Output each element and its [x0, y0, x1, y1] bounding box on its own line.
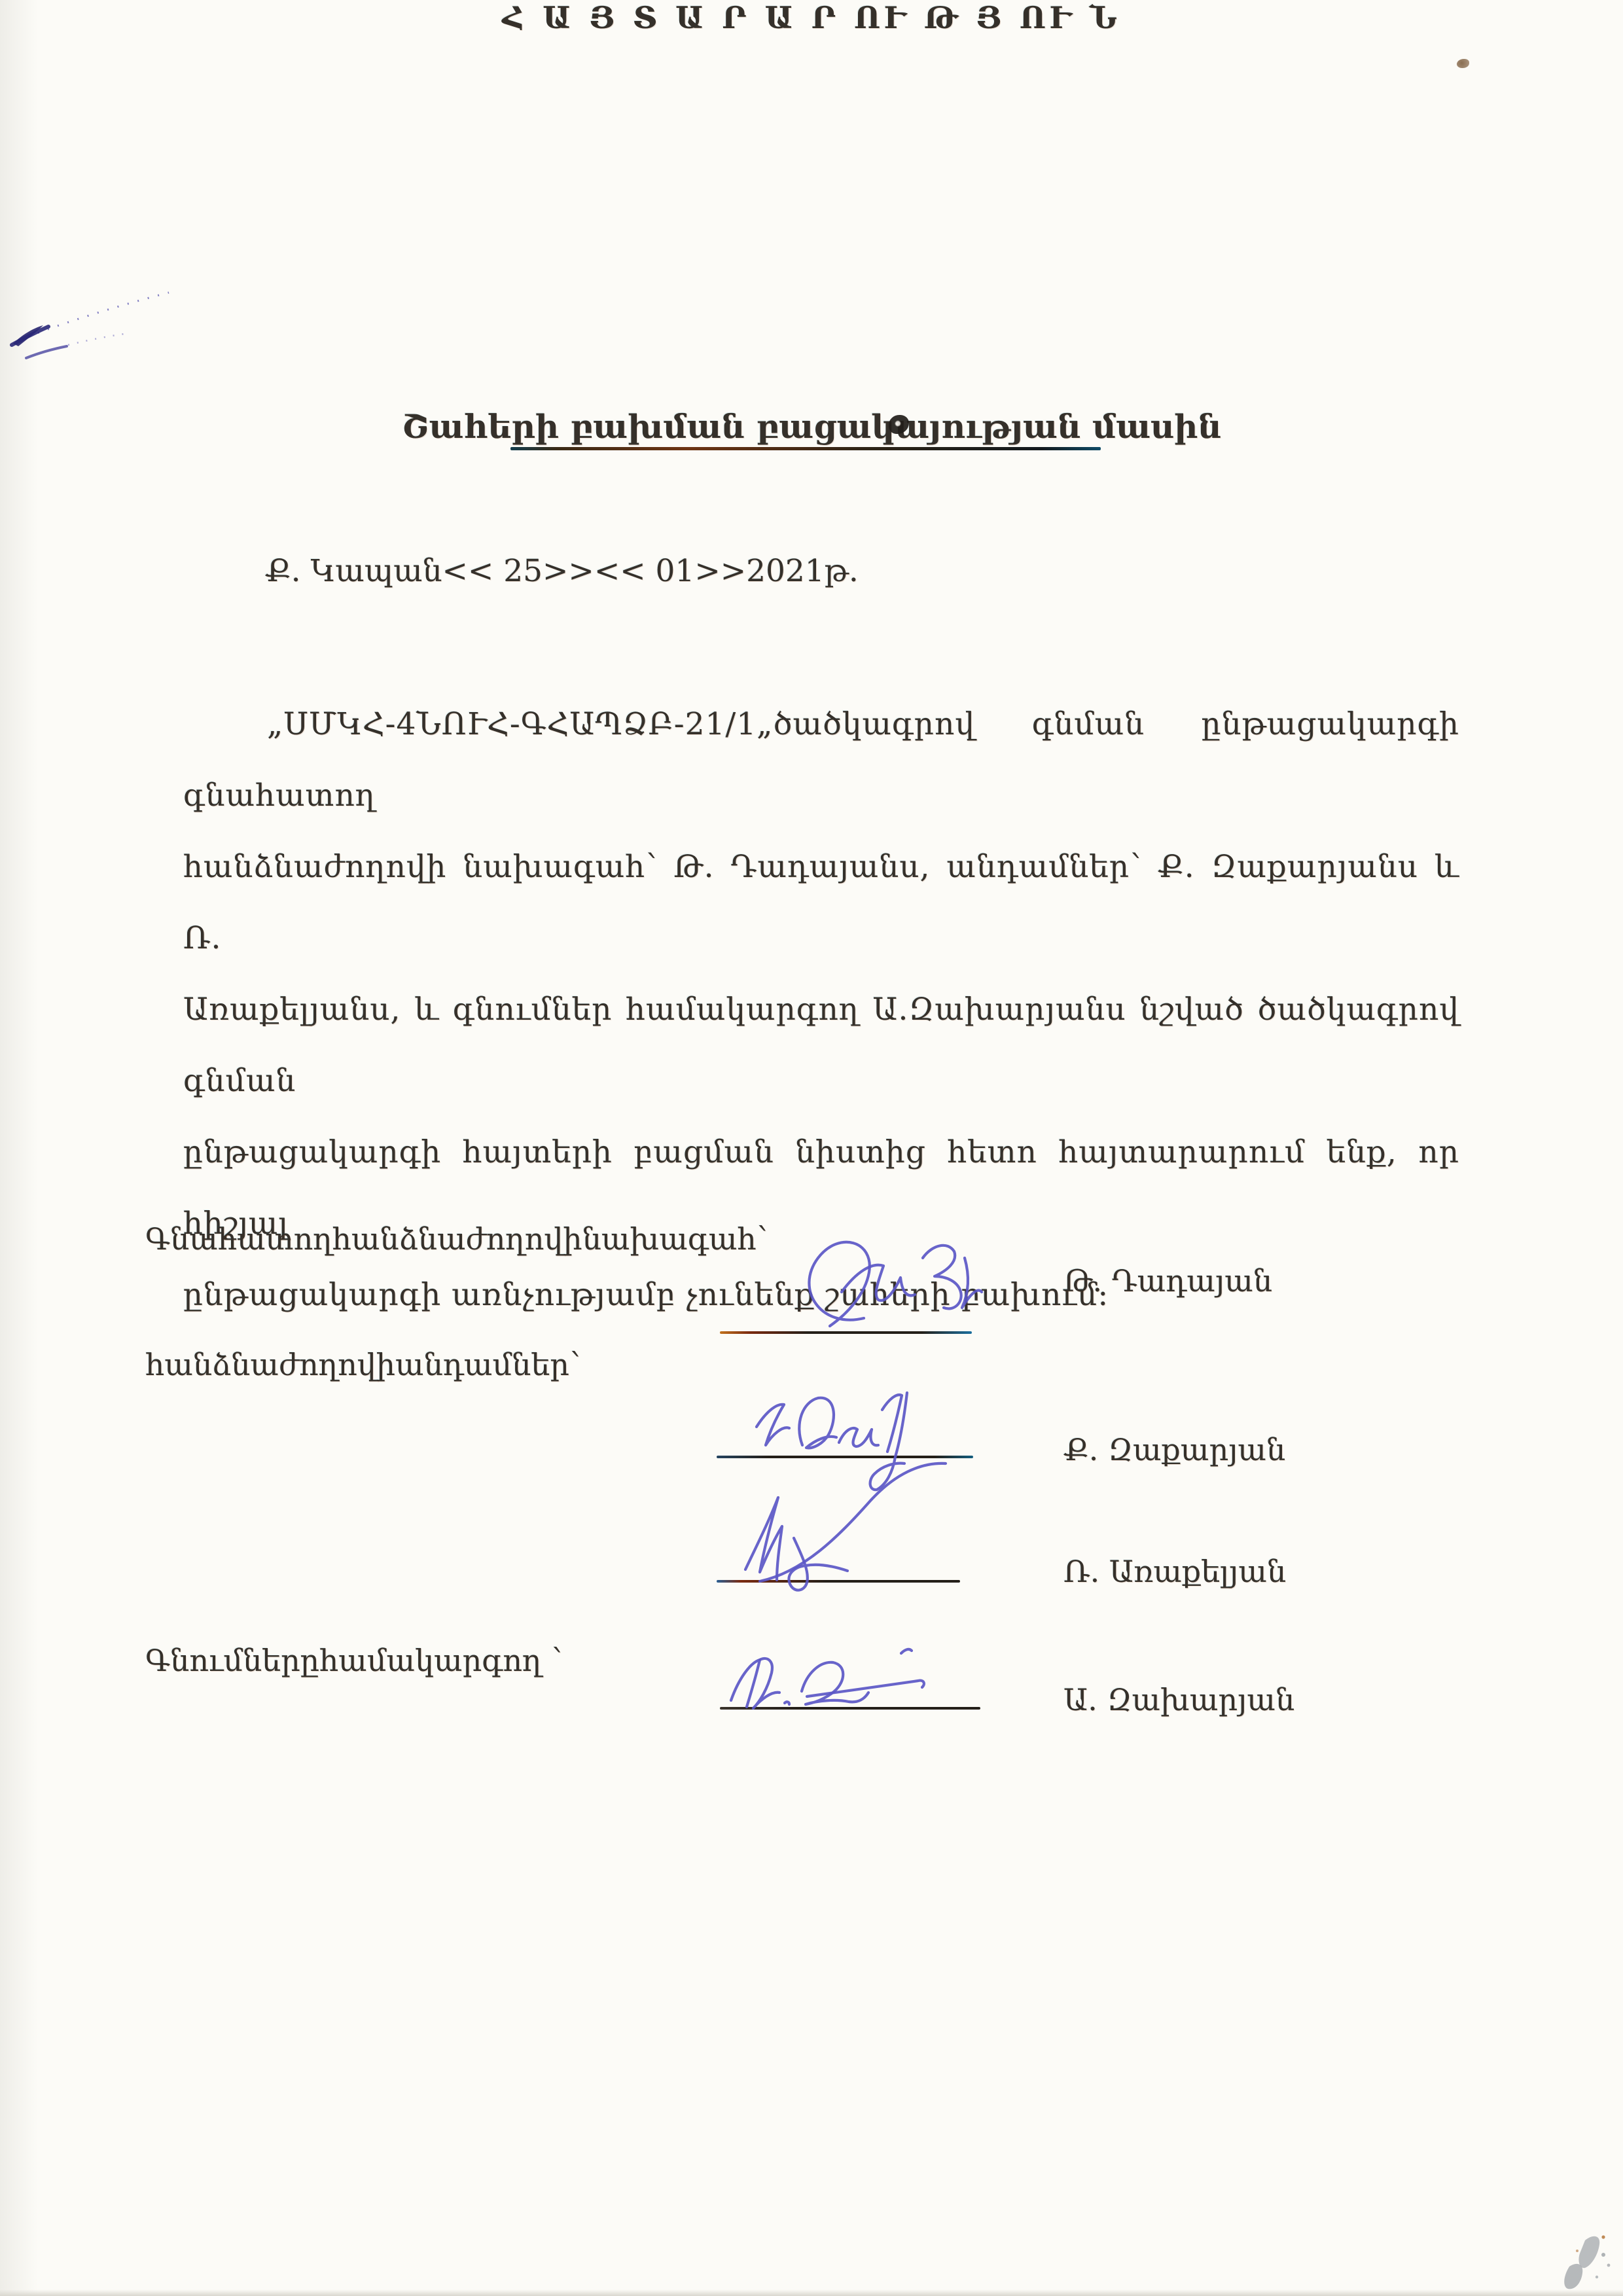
body-line: Առաքելյանս, և գնումներ համակարգող Ա.Զախա…: [183, 974, 1459, 1117]
signatory-name-zakharyan: Ա. Զախարյան: [1063, 1682, 1294, 1717]
place-date-line: Ք. Կապան<< 25>><< 01>>2021թ.: [265, 553, 859, 589]
label-evaluation-committee-chairman: Գնահատողհանձնաժողովինախագահ՝: [145, 1221, 768, 1257]
scan-edge-shading-bottom: [0, 2289, 1623, 2296]
body-line: հանձնաժողովի նախագահ՝ Թ. Դադայանս, անդամ…: [183, 831, 1459, 974]
label-committee-members: հանձնաժողովիանդամներ՝: [145, 1347, 580, 1382]
paper-stain-artifact: [1457, 59, 1469, 68]
signatory-name-zakaryan: Ք. Զաքարյան: [1063, 1432, 1285, 1467]
subtitle-underline: [510, 447, 1101, 450]
signatory-name-arakelyan: Ռ. Առաքելյան: [1063, 1554, 1286, 1589]
scanned-declaration-page: Հ Ա Յ Տ Ա Ր Ա Ր ՈՒ Թ Յ ՈՒ Ն Շահերի բախմա…: [0, 0, 1623, 2296]
pen-scribble-artifact: [5, 278, 202, 360]
label-procurement-coordinator: Գնումներըհամակարգող ՝: [145, 1643, 562, 1678]
smudge-artifact-bottom-right: [1558, 2229, 1623, 2294]
page-subtitle: Շահերի բախման բացակայության մասին: [0, 407, 1623, 446]
page-title: Հ Ա Յ Տ Ա Ր Ա Ր ՈՒ Թ Յ ՈՒ Ն: [0, 0, 1623, 35]
signature-ink-dadayan: [766, 1229, 988, 1339]
signature-ink-arakelyan: [730, 1458, 955, 1605]
signatory-name-dadayan: Թ. Դադայան: [1063, 1263, 1272, 1299]
signature-ink-zakharyan-a: [723, 1635, 933, 1723]
body-line: „ՍՄԿՀ-4ՆՈՒՀ-ԳՀԱՊՁԲ-21/1„ծածկագրով գնման …: [183, 689, 1459, 831]
